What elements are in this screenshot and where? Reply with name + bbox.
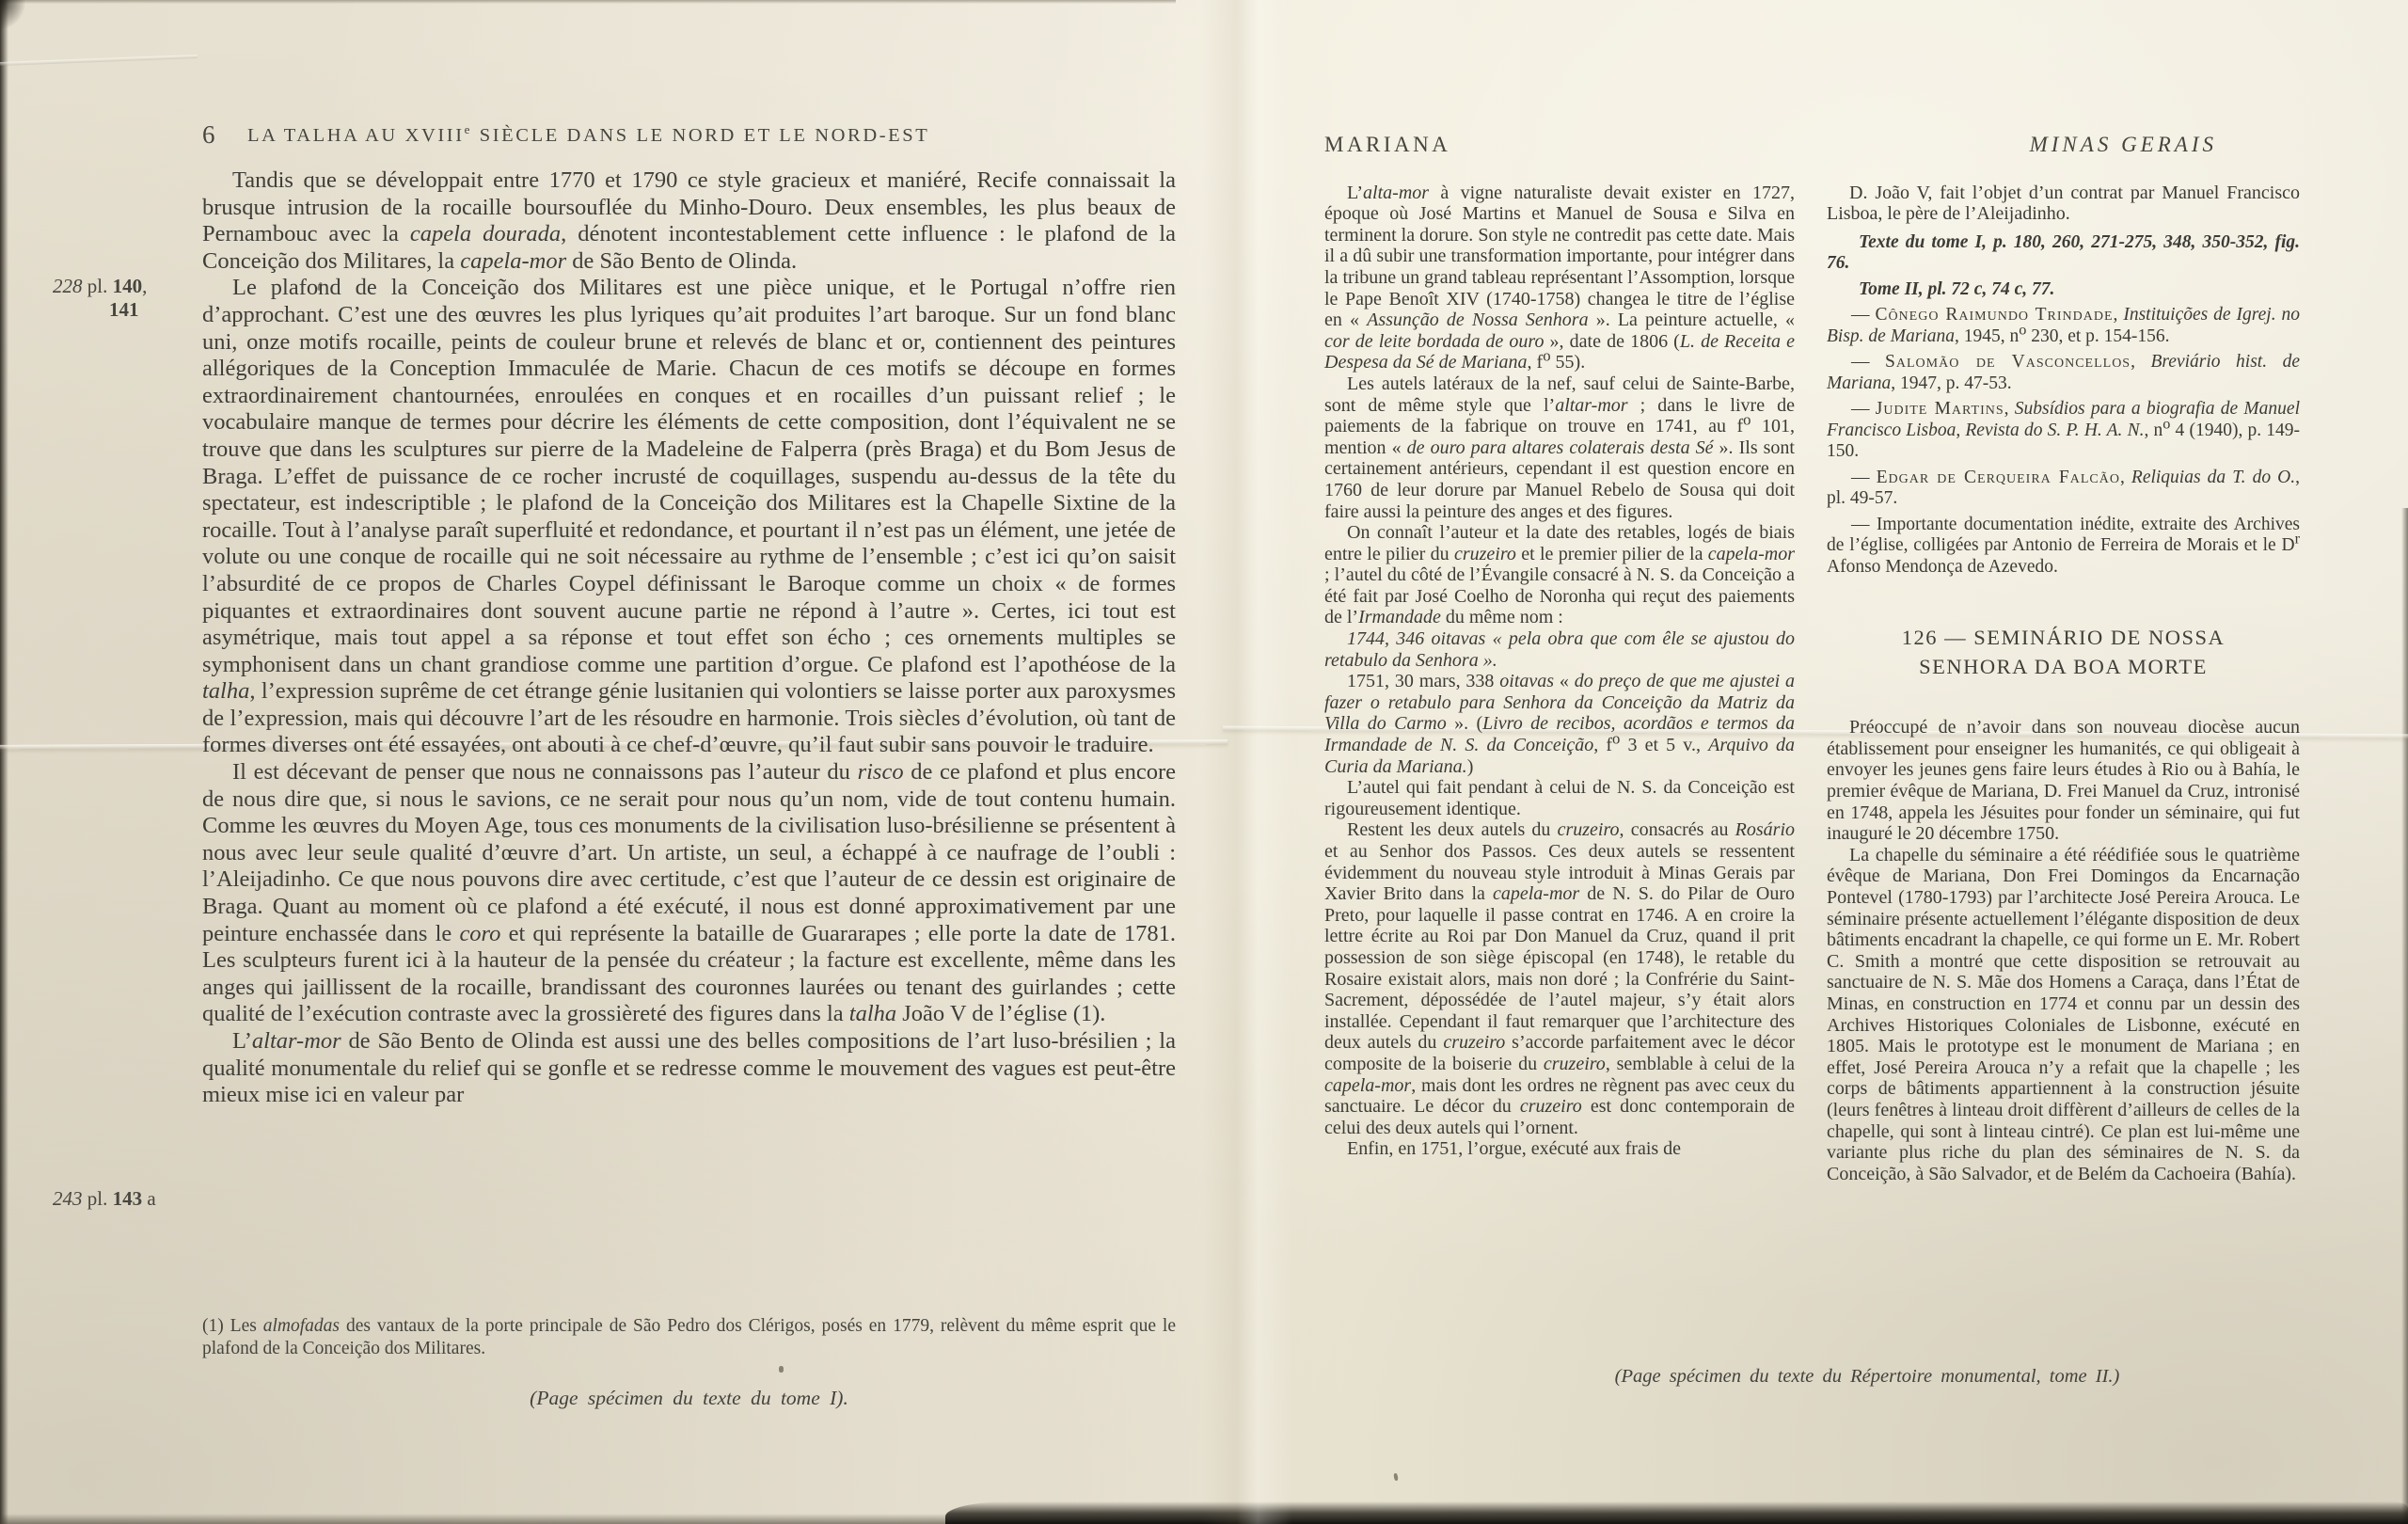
- scan-edge-right: [2401, 508, 2408, 1524]
- paragraph-tandis: Tandis que se développait entre 1770 et …: [202, 167, 1176, 275]
- paragraph-autels-lateraux: Les autels latéraux de la nef, sauf celu…: [1324, 373, 1795, 522]
- scan-edge-bottom-right: [945, 1501, 2408, 1524]
- paragraph-autels-cruzeiro: Restent les deux autels du cruzeiro, con…: [1324, 819, 1795, 1138]
- section-heading-126-seminario: 126 — SEMINÁRIO DE NOSSASENHORA DA BOA M…: [1827, 623, 2300, 681]
- reference-texte-tome-1: Texte du tome I, p. 180, 260, 271-275, 3…: [1827, 232, 2300, 275]
- scan-edge-top: [0, 0, 1176, 4]
- paragraph-paiement-1751: 1751, 30 mars, 338 oitavas « do preço de…: [1324, 671, 1795, 777]
- margin-note-plate-143a: 243 pl. 143 a: [53, 1187, 199, 1211]
- paragraph-paiement-1744: 1744, 346 oitavas « pela obra que com êl…: [1324, 628, 1795, 671]
- paragraph-retables: On connaît l’auteur et la date des retab…: [1324, 522, 1795, 628]
- paragraph-alta-mor: L’alta-mor à vigne naturaliste devait ex…: [1324, 183, 1795, 373]
- paragraph-il-est-decevant: Il est décevant de penser que nous ne co…: [202, 759, 1176, 1028]
- margin-note-line: 141: [53, 298, 199, 322]
- paper-crease-top-left: [0, 55, 198, 66]
- paragraph-preoccupe: Préoccupé de n’avoir dans son nouveau di…: [1827, 717, 2300, 845]
- reference-martins: — Judite Martins, Subsídios para a biogr…: [1827, 399, 2300, 463]
- paragraph-altar-mor: L’altar-mor de São Bento de Olinda est a…: [202, 1028, 1176, 1109]
- page-number: 6: [202, 120, 215, 150]
- paper-speck: [779, 1366, 784, 1373]
- page-gutter-shadow: [1202, 0, 1292, 1524]
- margin-note-line: 228 pl. 140,: [53, 275, 199, 298]
- running-title: LA TALHA AU XVIIIe SIÈCLE DANS LE NORD E…: [247, 125, 929, 147]
- reference-documentation: — Importante documentation inédite, extr…: [1827, 515, 2300, 579]
- paragraph-autel-pendant: L’autel qui fait pendant à celui de N. S…: [1324, 777, 1795, 819]
- reference-falcao: — Edgar de Cerqueira Falcão, Reliquias d…: [1827, 468, 2300, 510]
- margin-note-plates-140-141: 228 pl. 140, 141: [53, 275, 199, 322]
- caption-tome-1: (Page spécimen du texte du tome I).: [202, 1387, 1176, 1410]
- column-header-minas-gerais: MINAS GERAIS: [1827, 135, 2300, 156]
- reference-trindade: — Cônego Raimundo Trindade, Instituições…: [1827, 305, 2300, 347]
- scan-edge-left: [0, 0, 8, 1524]
- paper-speck: [1393, 1473, 1398, 1482]
- book-spread-scan: 6 LA TALHA AU XVIIIe SIÈCLE DANS LE NORD…: [0, 0, 2408, 1524]
- paragraph-joao-v: D. João V, fait l’objet d’un contrat par…: [1827, 183, 2300, 225]
- column-minas-gerais: MINAS GERAIS D. João V, fait l’objet d’u…: [1827, 135, 2300, 1184]
- scan-corner-mark: [0, 0, 26, 30]
- paragraph-le-plafond: Le plafond de la Conceição dos Militares…: [202, 275, 1176, 759]
- column-header-mariana: MARIANA: [1324, 135, 1795, 156]
- caption-repertoire-tome-2: (Page spécimen du texte du Répertoire mo…: [1467, 1366, 2267, 1388]
- reference-tome-2: Tome II, pl. 72 c, 74 c, 77.: [1827, 279, 2300, 301]
- left-page-body-text: Tandis que se développait entre 1770 et …: [202, 167, 1176, 1109]
- paragraph-orgue: Enfin, en 1751, l’orgue, exécuté aux fra…: [1324, 1138, 1795, 1160]
- column-mariana: MARIANA L’alta-mor à vigne naturaliste d…: [1324, 135, 1795, 1160]
- margin-note-line: 243 pl. 143 a: [53, 1187, 199, 1211]
- paragraph-chapelle-seminaire: La chapelle du séminaire a été réédifiée…: [1827, 845, 2300, 1185]
- reference-vasconcellos: — Salomão de Vasconcellos, Breviário his…: [1827, 352, 2300, 394]
- scan-edge-bottom-left: [0, 1514, 945, 1524]
- footnote-1: (1) Les almofadas des vantaux de la port…: [202, 1315, 1176, 1359]
- running-head: 6 LA TALHA AU XVIIIe SIÈCLE DANS LE NORD…: [202, 120, 1176, 151]
- bibliography: Texte du tome I, p. 180, 260, 271-275, 3…: [1827, 232, 2300, 579]
